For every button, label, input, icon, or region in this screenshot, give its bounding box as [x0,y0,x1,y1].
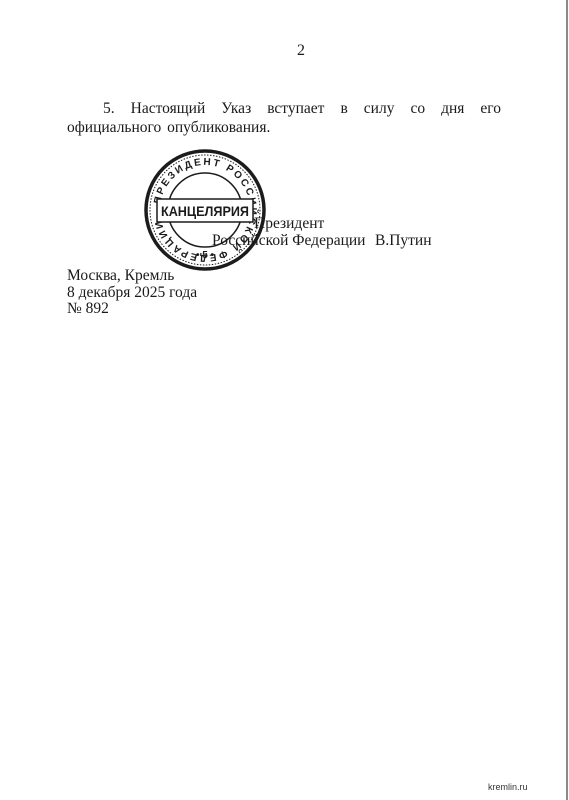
signature-name: В.Путин [375,232,432,250]
decree-number: № 892 [67,301,197,318]
page-number: 2 [0,42,569,60]
decree-paragraph: 5. Настоящий Указ вступает в силу со дня… [67,99,501,137]
stamp-center-text: КАНЦЕЛЯРИЯ [161,203,249,219]
page-edge [566,0,568,800]
issue-place: Москва, Кремль [67,268,197,285]
stamp-bottom-text: • 5 • [196,250,215,261]
stamp-seal-icon: ПРЕЗИДЕНТ РОССИЙСКОЙ ФЕДЕРАЦИИ КАНЦЕЛЯРИ… [143,148,267,272]
paragraph-text: Настоящий Указ вступает в силу со дня ег… [67,100,501,136]
chancellery-stamp: ПРЕЗИДЕНТ РОССИЙСКОЙ ФЕДЕРАЦИИ КАНЦЕЛЯРИ… [143,148,267,272]
footer-site-watermark: kremlin.ru [488,782,528,792]
signature-organization: Российской Федерации [212,232,365,250]
issue-date: 8 декабря 2025 года [67,285,197,302]
issue-details: Москва, Кремль 8 декабря 2025 года № 892 [67,268,197,318]
paragraph-number: 5. [103,100,115,117]
signature-title: Президент [254,215,324,233]
